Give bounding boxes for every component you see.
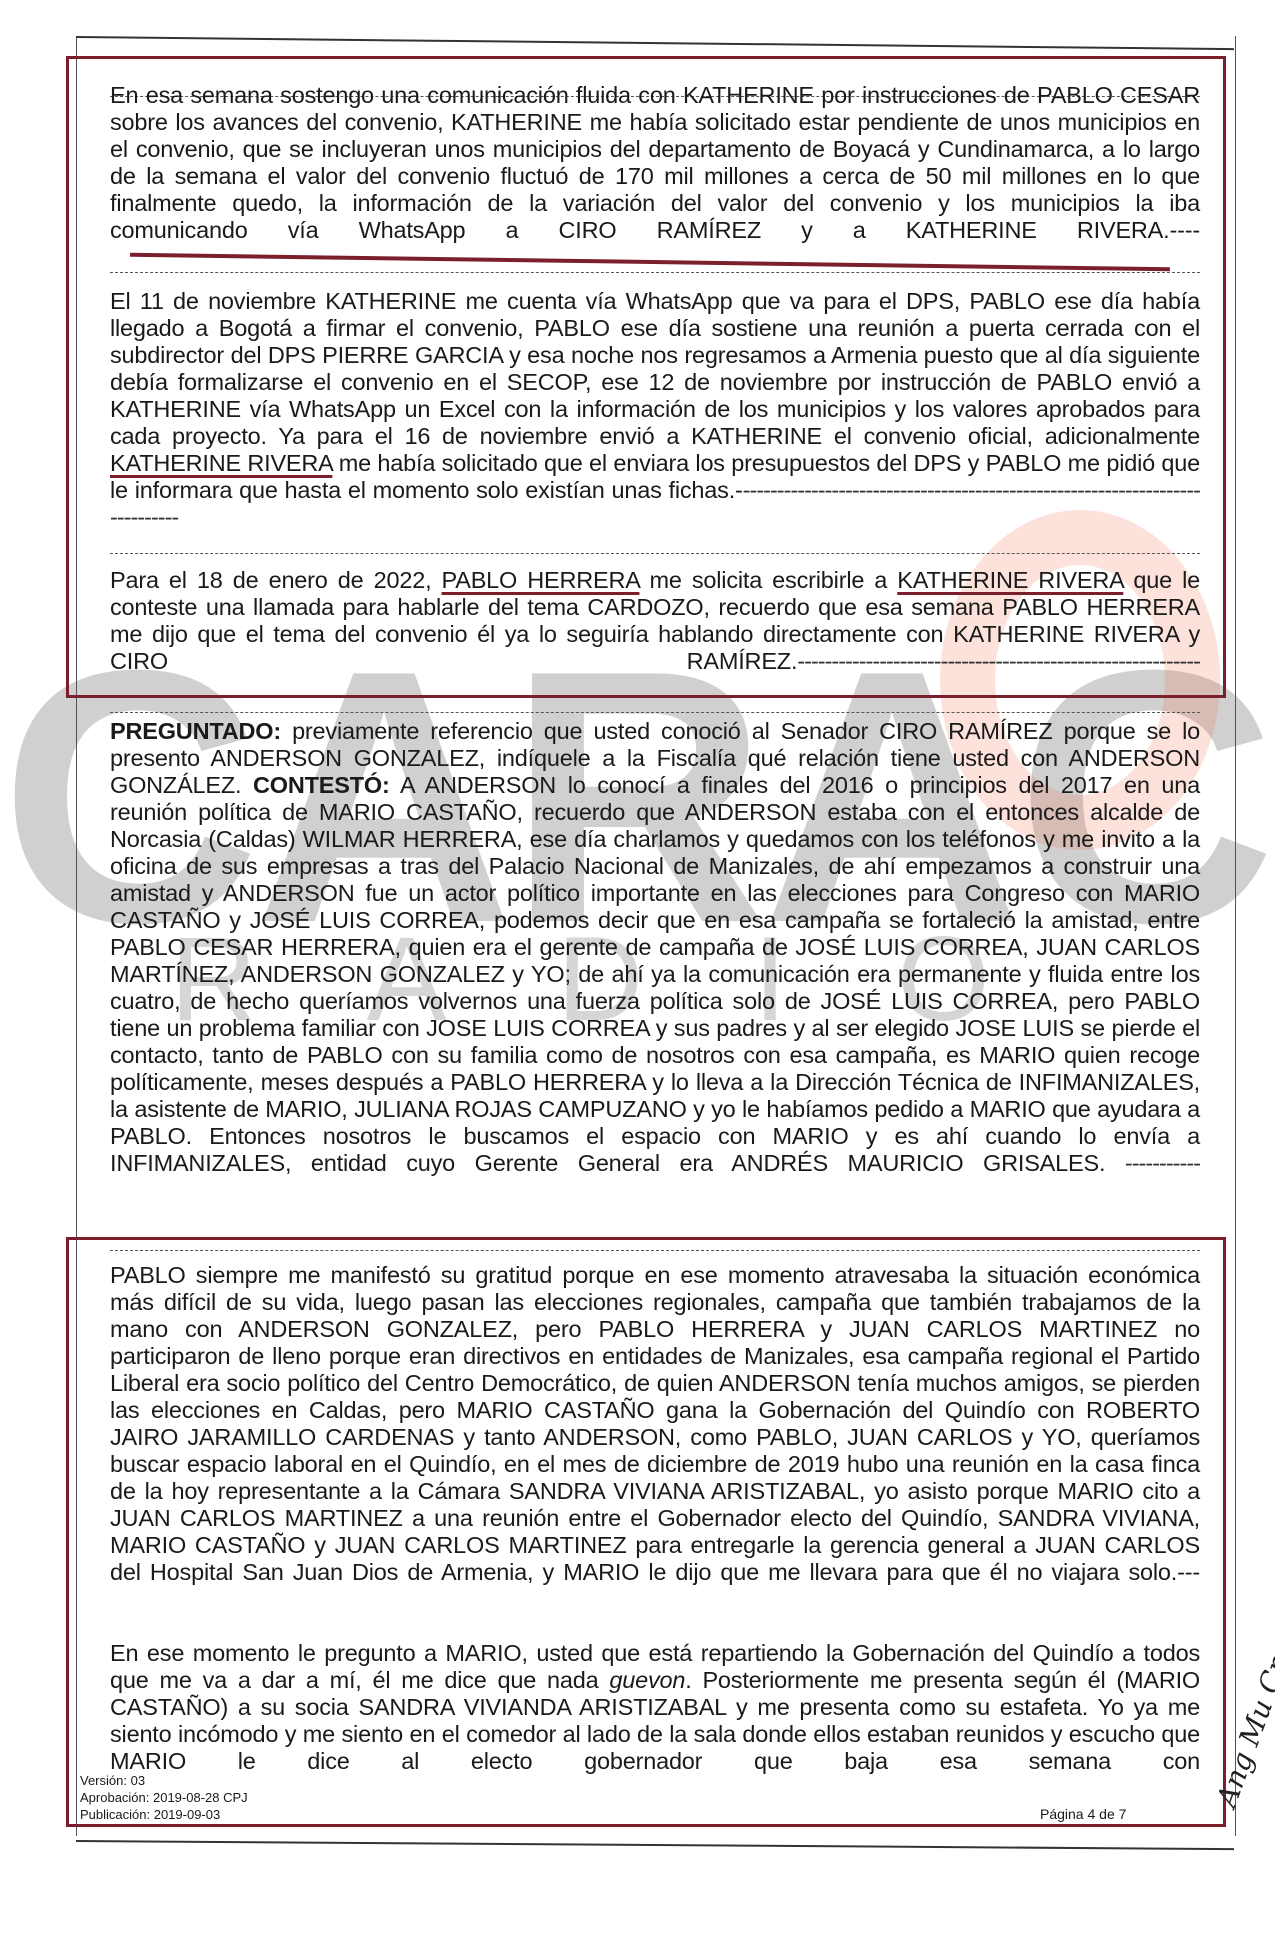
separator-line bbox=[110, 712, 1200, 713]
paragraph-january-18: Para el 18 de enero de 2022, PABLO HERRE… bbox=[110, 567, 1200, 702]
footer-publication: Publicación: 2019-09-03 bbox=[80, 1807, 220, 1823]
paragraph-question-answer: PREGUNTADO: previamente referencio que u… bbox=[110, 718, 1200, 1204]
underlined-name: PABLO HERRERA bbox=[442, 567, 640, 593]
separator-line bbox=[110, 553, 1200, 554]
paragraph-gratitude: PABLO siempre me manifestó su gratitud p… bbox=[110, 1262, 1200, 1613]
underlined-name: KATHERINE RIVERA bbox=[897, 567, 1123, 593]
underlined-name: KATHERINE RIVERA bbox=[110, 450, 332, 476]
label-preguntado: PREGUNTADO: bbox=[110, 718, 281, 744]
footer-approval: Aprobación: 2019-08-28 CPJ bbox=[80, 1790, 248, 1806]
separator-line bbox=[110, 1250, 1200, 1251]
page-bottom-edge bbox=[76, 1840, 1234, 1850]
paragraph-november-11: El 11 de noviembre KATHERINE me cuenta v… bbox=[110, 288, 1200, 558]
footer-version: Versión: 03 bbox=[80, 1773, 145, 1789]
separator-line bbox=[110, 272, 1200, 273]
page-number: Página 4 de 7 bbox=[1040, 1806, 1126, 1822]
label-contesto: CONTESTÓ: bbox=[253, 772, 390, 798]
paragraph-whatsapp-communication: En esa semana sostengo una comunicación … bbox=[110, 82, 1200, 271]
paragraph-governor-meeting: En ese momento le pregunto a MARIO, uste… bbox=[110, 1640, 1200, 1802]
